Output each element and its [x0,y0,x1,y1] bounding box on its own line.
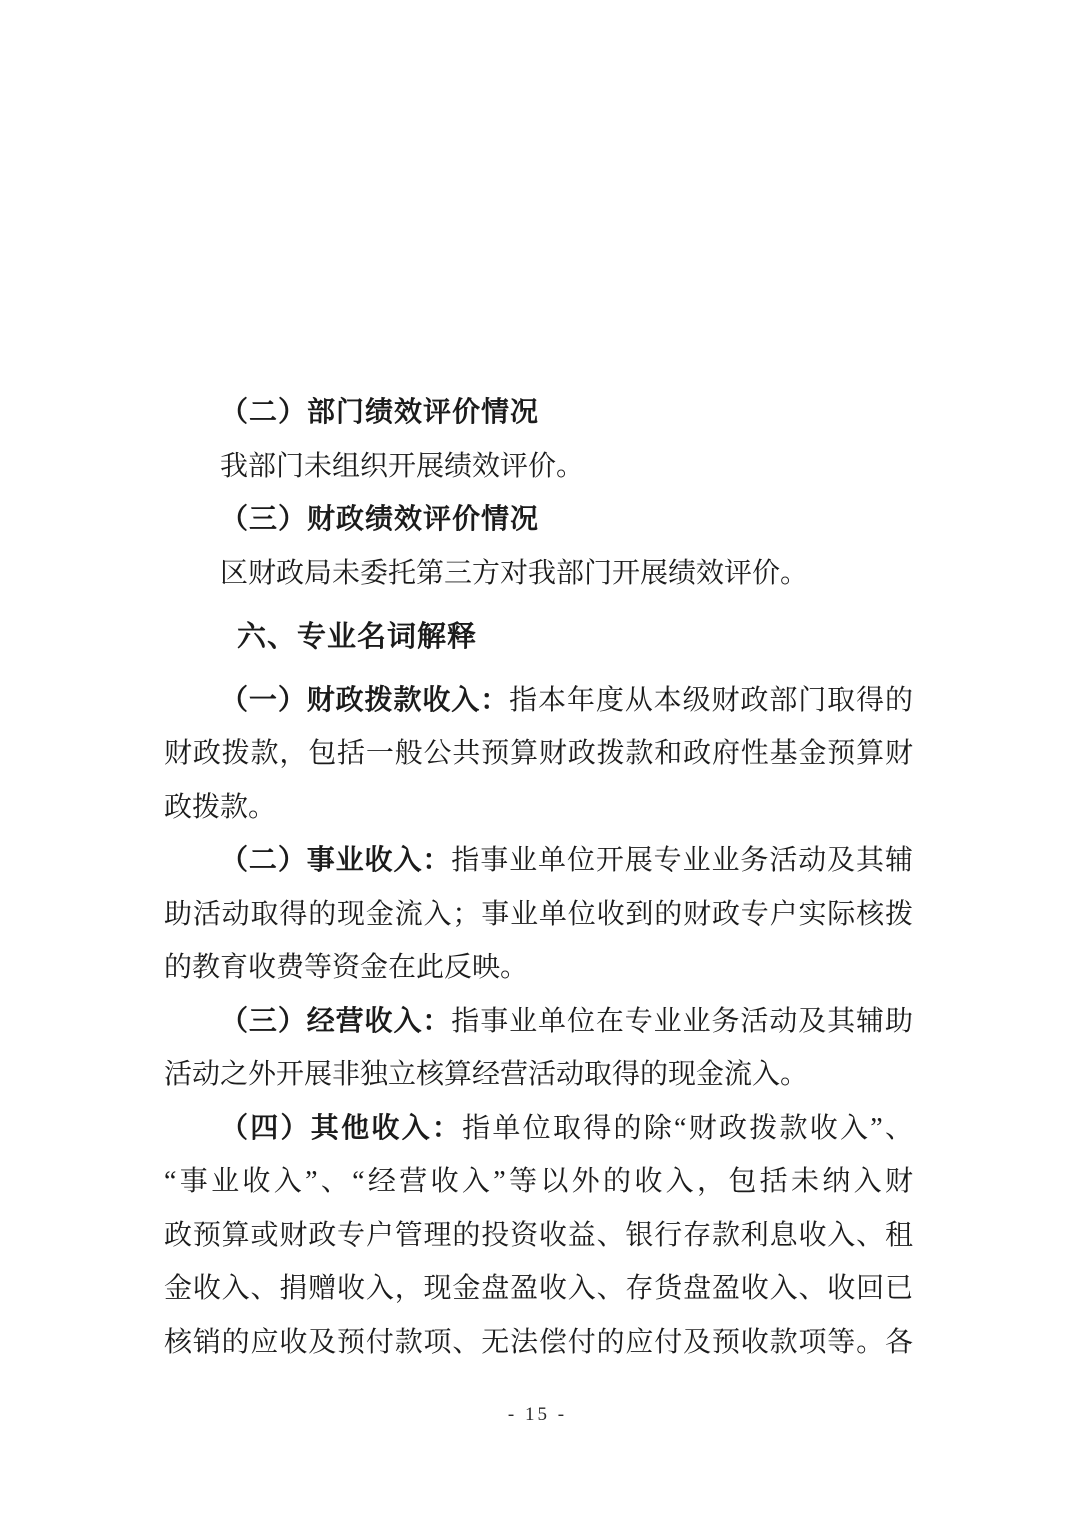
body-text-line: 活动之外开展非独立核算经营活动取得的现金流入。 [164,1048,913,1102]
text-segment: 活动之外开展非独立核算经营活动取得的现金流入。 [164,1059,808,1090]
body-text-line: 财政拨款，包括一般公共预算财政拨款和政府性基金预算财 [164,727,913,781]
term-label: （四）其他收入： [220,1113,462,1144]
term-label: （二）事业收入： [220,845,451,876]
text-segment: 我部门未组织开展绩效评价。 [220,451,584,482]
body-text-line: （四）其他收入：指单位取得的除“财政拨款收入”、 [164,1102,913,1156]
text-segment: 政拨款。 [164,792,276,823]
text-segment: “事业收入”、“经营收入”等以外的收入，包括未纳入财 [164,1166,913,1197]
text-segment: 核销的应收及预付款项、无法偿付的应付及预收款项等。各 [164,1327,913,1358]
body-text-line: 我部门未组织开展绩效评价。 [164,440,913,494]
text-segment: 指事业单位在专业业务活动及其辅助 [451,1006,913,1037]
body-text-line: （一）财政拨款收入：指本年度从本级财政部门取得的 [164,674,913,728]
section-heading-line: 六、专业名词解释 [164,611,913,665]
term-label: （三）经营收入： [220,1006,451,1037]
term-label: 六、专业名词解释 [237,621,477,653]
text-segment: 指事业单位开展专业业务活动及其辅 [451,845,913,876]
text-segment: 金收入、捐赠收入，现金盘盈收入、存货盘盈收入、收回已 [164,1273,913,1304]
body-text-line: 的教育收费等资金在此反映。 [164,941,913,995]
body-text-line: 区财政局未委托第三方对我部门开展绩效评价。 [164,547,913,601]
text-segment: 指本年度从本级财政部门取得的 [509,685,913,716]
body-text-line: 政预算或财政专户管理的投资收益、银行存款利息收入、租 [164,1209,913,1263]
page-footer: - 15 - [0,1404,1075,1426]
subsection-heading-line: （二）部门绩效评价情况 [164,386,913,440]
document-body: （二）部门绩效评价情况我部门未组织开展绩效评价。（三）财政绩效评价情况区财政局未… [164,386,913,1369]
text-segment: 区财政局未委托第三方对我部门开展绩效评价。 [220,558,808,589]
text-segment: 财政拨款，包括一般公共预算财政拨款和政府性基金预算财 [164,738,913,769]
text-segment: 政预算或财政专户管理的投资收益、银行存款利息收入、租 [164,1220,913,1251]
text-segment: 的教育收费等资金在此反映。 [164,952,528,983]
body-text-line: （三）经营收入：指事业单位在专业业务活动及其辅助 [164,995,913,1049]
text-segment: 指单位取得的除“财政拨款收入”、 [462,1113,913,1144]
term-label: （三）财政绩效评价情况 [220,504,539,535]
document-page: （二）部门绩效评价情况我部门未组织开展绩效评价。（三）财政绩效评价情况区财政局未… [0,0,1075,1520]
body-text-line: 政拨款。 [164,781,913,835]
term-label: （一）财政拨款收入： [220,685,509,716]
body-text-line: 核销的应收及预付款项、无法偿付的应付及预收款项等。各 [164,1316,913,1370]
page-number: - 15 - [508,1404,567,1425]
text-segment: 助活动取得的现金流入；事业单位收到的财政专户实际核拨 [164,899,913,930]
term-label: （二）部门绩效评价情况 [220,397,539,428]
body-text-line: （二）事业收入：指事业单位开展专业业务活动及其辅 [164,834,913,888]
body-text-line: “事业收入”、“经营收入”等以外的收入，包括未纳入财 [164,1155,913,1209]
body-text-line: 金收入、捐赠收入，现金盘盈收入、存货盘盈收入、收回已 [164,1262,913,1316]
body-text-line: 助活动取得的现金流入；事业单位收到的财政专户实际核拨 [164,888,913,942]
subsection-heading-line: （三）财政绩效评价情况 [164,493,913,547]
